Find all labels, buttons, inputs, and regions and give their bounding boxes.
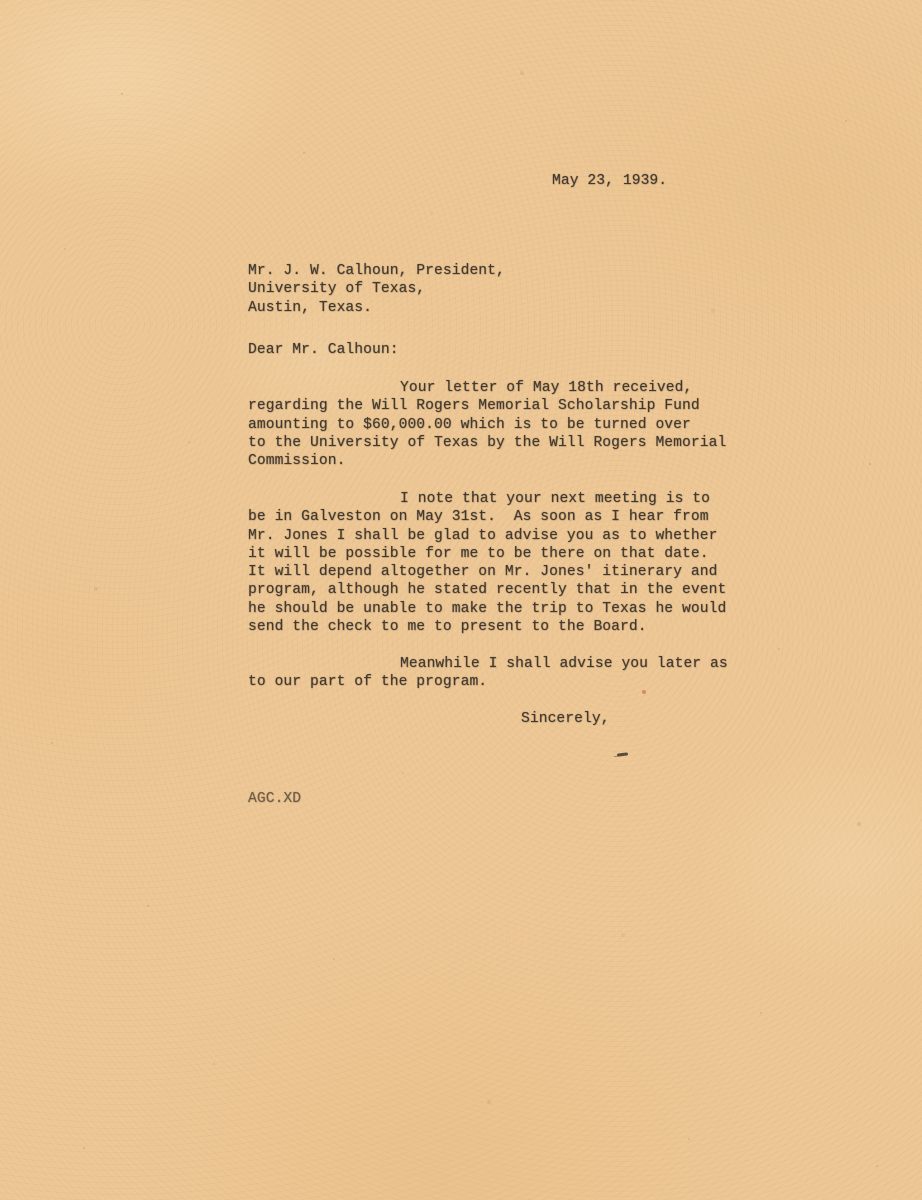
ink-smudge-mark xyxy=(617,752,628,756)
closing: Sincerely, xyxy=(521,710,610,728)
paragraph-3: Meanwhile I shall advise you later as to… xyxy=(248,655,768,692)
paragraph-2: I note that your next meeting is to be i… xyxy=(248,490,768,636)
paragraph-1: Your letter of May 18th received, regard… xyxy=(248,379,768,470)
paper-specks xyxy=(0,0,2,2)
letter-page: May 23, 1939. Mr. J. W. Calhoun, Preside… xyxy=(0,0,922,1200)
letter-date: May 23, 1939. xyxy=(552,172,667,190)
typist-initials: AGC.XD xyxy=(248,790,301,808)
salutation: Dear Mr. Calhoun: xyxy=(248,341,399,359)
recipient-address: Mr. J. W. Calhoun, President, University… xyxy=(248,262,505,317)
